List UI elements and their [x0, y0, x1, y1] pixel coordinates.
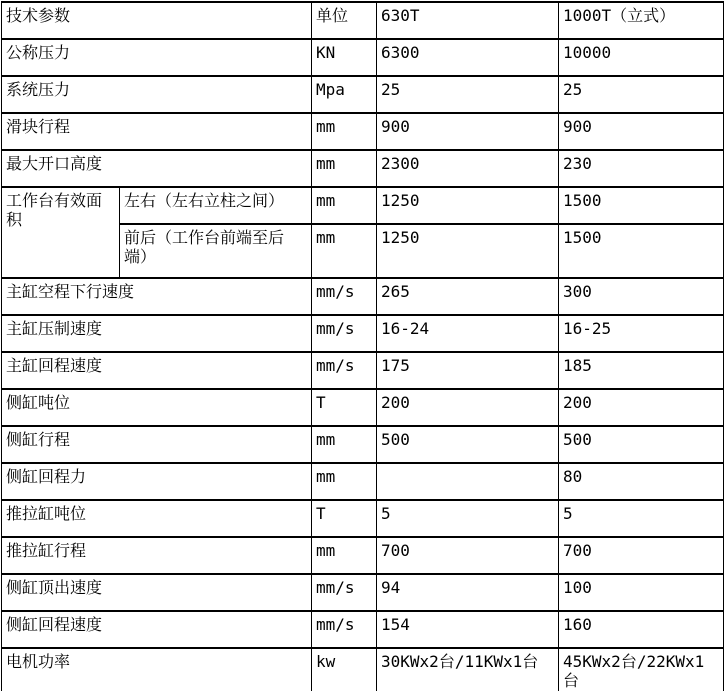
param-cell: 侧缸行程 [2, 426, 312, 463]
unit-cell: mm [312, 150, 377, 187]
spec-table: 技术参数 单位 630T 1000T（立式） 公称压力 KN 6300 1000… [1, 1, 724, 691]
value-cell-1000t: 900 [559, 113, 724, 150]
value-cell-630t: 900 [377, 113, 559, 150]
unit-cell: mm/s [312, 574, 377, 611]
value-cell-1000t: 1500 [559, 187, 724, 224]
param-cell: 最大开口高度 [2, 150, 312, 187]
table-row: 滑块行程 mm 900 900 [2, 113, 724, 150]
value-cell-1000t: 300 [559, 278, 724, 315]
param-cell: 推拉缸吨位 [2, 500, 312, 537]
header-param-cell: 技术参数 [2, 2, 312, 39]
group-label-cell: 工作台有效面积 [2, 187, 120, 278]
value-cell-1000t: 80 [559, 463, 724, 500]
value-cell-1000t: 1500 [559, 224, 724, 278]
table-row: 侧缸回程速度 mm/s 154 160 [2, 611, 724, 648]
table-row: 系统压力 Mpa 25 25 [2, 76, 724, 113]
table-row: 侧缸行程 mm 500 500 [2, 426, 724, 463]
value-cell-1000t: 10000 [559, 39, 724, 76]
table-row: 推拉缸行程 mm 700 700 [2, 537, 724, 574]
value-cell-1000t: 160 [559, 611, 724, 648]
table-row: 侧缸回程力 mm 80 [2, 463, 724, 500]
unit-cell: mm [312, 113, 377, 150]
param-cell: 侧缸顶出速度 [2, 574, 312, 611]
table-row: 主缸压制速度 mm/s 16-24 16-25 [2, 315, 724, 352]
value-cell-1000t: 200 [559, 389, 724, 426]
unit-cell: mm/s [312, 278, 377, 315]
param-cell: 系统压力 [2, 76, 312, 113]
header-630t-cell: 630T [377, 2, 559, 39]
value-cell-630t: 154 [377, 611, 559, 648]
spec-page: 技术参数 单位 630T 1000T（立式） 公称压力 KN 6300 1000… [0, 0, 727, 691]
unit-cell: mm [312, 537, 377, 574]
table-row: 主缸空程下行速度 mm/s 265 300 [2, 278, 724, 315]
param-cell: 滑块行程 [2, 113, 312, 150]
param-cell: 电机功率 [2, 648, 312, 691]
value-cell-630t: 30KWx2台/11KWx1台 [377, 648, 559, 691]
header-unit-cell: 单位 [312, 2, 377, 39]
param-cell: 侧缸吨位 [2, 389, 312, 426]
value-cell-1000t: 185 [559, 352, 724, 389]
value-cell-1000t: 230 [559, 150, 724, 187]
unit-cell: kw [312, 648, 377, 691]
value-cell-630t: 2300 [377, 150, 559, 187]
unit-cell: mm/s [312, 352, 377, 389]
unit-cell: mm/s [312, 611, 377, 648]
unit-cell: KN [312, 39, 377, 76]
value-cell-630t: 16-24 [377, 315, 559, 352]
unit-cell: mm/s [312, 315, 377, 352]
value-cell-630t: 175 [377, 352, 559, 389]
unit-cell: mm [312, 187, 377, 224]
value-cell-630t: 25 [377, 76, 559, 113]
param-cell: 主缸回程速度 [2, 352, 312, 389]
table-row: 主缸回程速度 mm/s 175 185 [2, 352, 724, 389]
param-cell: 侧缸回程速度 [2, 611, 312, 648]
table-row-worktable-lr: 工作台有效面积 左右（左右立柱之间） mm 1250 1500 [2, 187, 724, 224]
value-cell-1000t: 700 [559, 537, 724, 574]
value-cell-630t: 265 [377, 278, 559, 315]
value-cell-1000t: 16-25 [559, 315, 724, 352]
value-cell-1000t: 25 [559, 76, 724, 113]
table-row: 电机功率 kw 30KWx2台/11KWx1台 45KWx2台/22KWx1台 [2, 648, 724, 691]
value-cell-630t: 200 [377, 389, 559, 426]
param-cell: 主缸压制速度 [2, 315, 312, 352]
param-cell: 公称压力 [2, 39, 312, 76]
value-cell-630t: 500 [377, 426, 559, 463]
table-row: 侧缸顶出速度 mm/s 94 100 [2, 574, 724, 611]
value-cell-630t: 1250 [377, 187, 559, 224]
table-header-row: 技术参数 单位 630T 1000T（立式） [2, 2, 724, 39]
value-cell-630t: 6300 [377, 39, 559, 76]
subparam-cell: 左右（左右立柱之间） [120, 187, 312, 224]
value-cell-1000t: 5 [559, 500, 724, 537]
param-cell: 主缸空程下行速度 [2, 278, 312, 315]
value-cell-630t [377, 463, 559, 500]
value-cell-630t: 94 [377, 574, 559, 611]
unit-cell: mm [312, 426, 377, 463]
unit-cell: mm [312, 463, 377, 500]
value-cell-630t: 700 [377, 537, 559, 574]
unit-cell: T [312, 500, 377, 537]
unit-cell: Mpa [312, 76, 377, 113]
value-cell-1000t: 100 [559, 574, 724, 611]
subparam-cell: 前后（工作台前端至后端） [120, 224, 312, 278]
unit-cell: mm [312, 224, 377, 278]
param-cell: 侧缸回程力 [2, 463, 312, 500]
table-row: 公称压力 KN 6300 10000 [2, 39, 724, 76]
table-row: 侧缸吨位 T 200 200 [2, 389, 724, 426]
header-1000t-cell: 1000T（立式） [559, 2, 724, 39]
param-cell: 推拉缸行程 [2, 537, 312, 574]
value-cell-1000t: 500 [559, 426, 724, 463]
value-cell-630t: 5 [377, 500, 559, 537]
value-cell-1000t: 45KWx2台/22KWx1台 [559, 648, 724, 691]
table-row: 最大开口高度 mm 2300 230 [2, 150, 724, 187]
unit-cell: T [312, 389, 377, 426]
table-row: 推拉缸吨位 T 5 5 [2, 500, 724, 537]
value-cell-630t: 1250 [377, 224, 559, 278]
